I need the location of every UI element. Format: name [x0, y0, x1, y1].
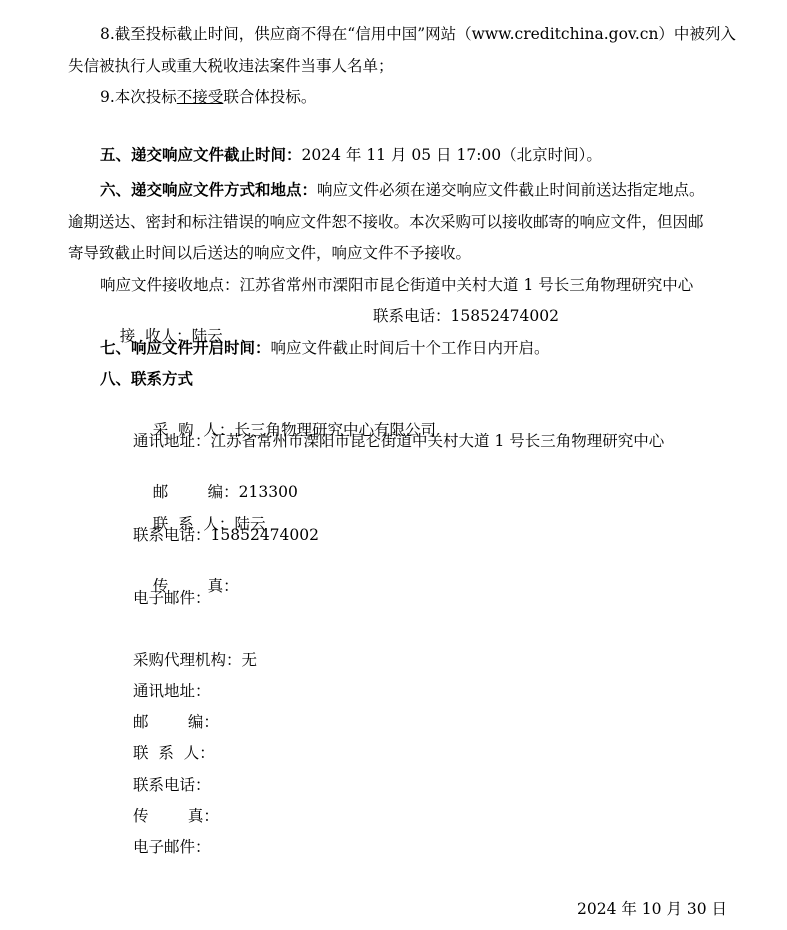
agency-postcode-label: 邮 编：: [133, 712, 219, 732]
section5-text: 2024 年 11 月 05 日 17:00（北京时间）。: [302, 146, 602, 164]
section5-heading: 五、递交响应文件截止时间：: [100, 146, 302, 164]
section7: 七、响应文件开启时间：响应文件截止时间后十个工作日内开启。: [100, 338, 550, 358]
purchaser-email-label: 电子邮件：: [133, 589, 211, 607]
section6-line1: 六、递交响应文件方式和地点：响应文件必须在递交响应文件截止时间前送达指定地点。: [100, 180, 705, 200]
section6-location: 响应文件接收地点：江苏省常州市溧阳市昆仑街道中关村大道 1 号长三角物理研究中心: [100, 275, 693, 295]
item8-line1: 8.截至投标截止时间，供应商不得在“信用中国”网站（www.creditchin…: [100, 24, 736, 44]
section7-heading: 七、响应文件开启时间：: [100, 339, 271, 357]
item9: 9.本次投标不接受联合体投标。: [100, 87, 316, 107]
section6-line3: 寄导致截止时间以后送达的响应文件，响应文件不予接收。: [68, 243, 471, 263]
item9-underlined: 不接受: [177, 88, 224, 106]
location-value: 江苏省常州市溧阳市昆仑街道中关村大道 1 号长三角物理研究中心: [240, 276, 694, 294]
section6-line2: 逾期送达、密封和标注错误的响应文件恕不接收。本次采购可以接收邮寄的响应文件，但因…: [68, 212, 704, 232]
item8-line2: 失信被执行人或重大税收违法案件当事人名单；: [68, 56, 394, 76]
agency-phone-label: 联系电话：: [133, 775, 211, 795]
purchaser-phone-label: 联系电话：: [133, 526, 211, 544]
section6-phone: 联系电话：15852474002: [373, 306, 559, 326]
agency-name-row: 采购代理机构：无: [133, 650, 257, 670]
section6-text-line1: 响应文件必须在递交响应文件截止时间前送达指定地点。: [317, 181, 705, 199]
purchaser-contact-row: 联 系 人：陆云: [133, 494, 265, 554]
purchaser-address-value: 江苏省常州市溧阳市昆仑街道中关村大道 1 号长三角物理研究中心: [211, 432, 665, 450]
section6-heading: 六、递交响应文件方式和地点：: [100, 181, 317, 199]
phone-value: 15852474002: [451, 307, 559, 325]
purchaser-address-label: 通讯地址：: [133, 432, 211, 450]
agency-contact-label: 联 系 人：: [133, 743, 215, 763]
purchaser-address-row: 通讯地址：江苏省常州市溧阳市昆仑街道中关村大道 1 号长三角物理研究中心: [133, 431, 664, 451]
purchaser-phone-value: 15852474002: [211, 526, 319, 544]
agency-name-value: 无: [242, 651, 258, 669]
purchaser-name-row: 采 购 人：长三角物理研究中心有限公司: [133, 400, 436, 460]
item9-suffix: 联合体投标。: [223, 88, 316, 106]
agency-email-label: 电子邮件：: [133, 837, 211, 857]
purchaser-phone-row: 联系电话：15852474002: [133, 525, 319, 545]
item9-prefix: 9.本次投标: [100, 88, 177, 106]
agency-address-label: 通讯地址：: [133, 681, 211, 701]
phone-label: 联系电话：: [373, 307, 451, 325]
location-label: 响应文件接收地点：: [100, 276, 240, 294]
agency-name-label: 采购代理机构：: [133, 651, 242, 669]
purchaser-email-row: 电子邮件：: [133, 588, 211, 608]
document-date: 2024 年 10 月 30 日: [577, 899, 727, 919]
section8-heading: 八、联系方式: [100, 369, 193, 389]
section5: 五、递交响应文件截止时间：2024 年 11 月 05 日 17:00（北京时间…: [100, 145, 602, 165]
section7-text: 响应文件截止时间后十个工作日内开启。: [271, 339, 550, 357]
agency-fax-label: 传 真：: [133, 806, 219, 826]
